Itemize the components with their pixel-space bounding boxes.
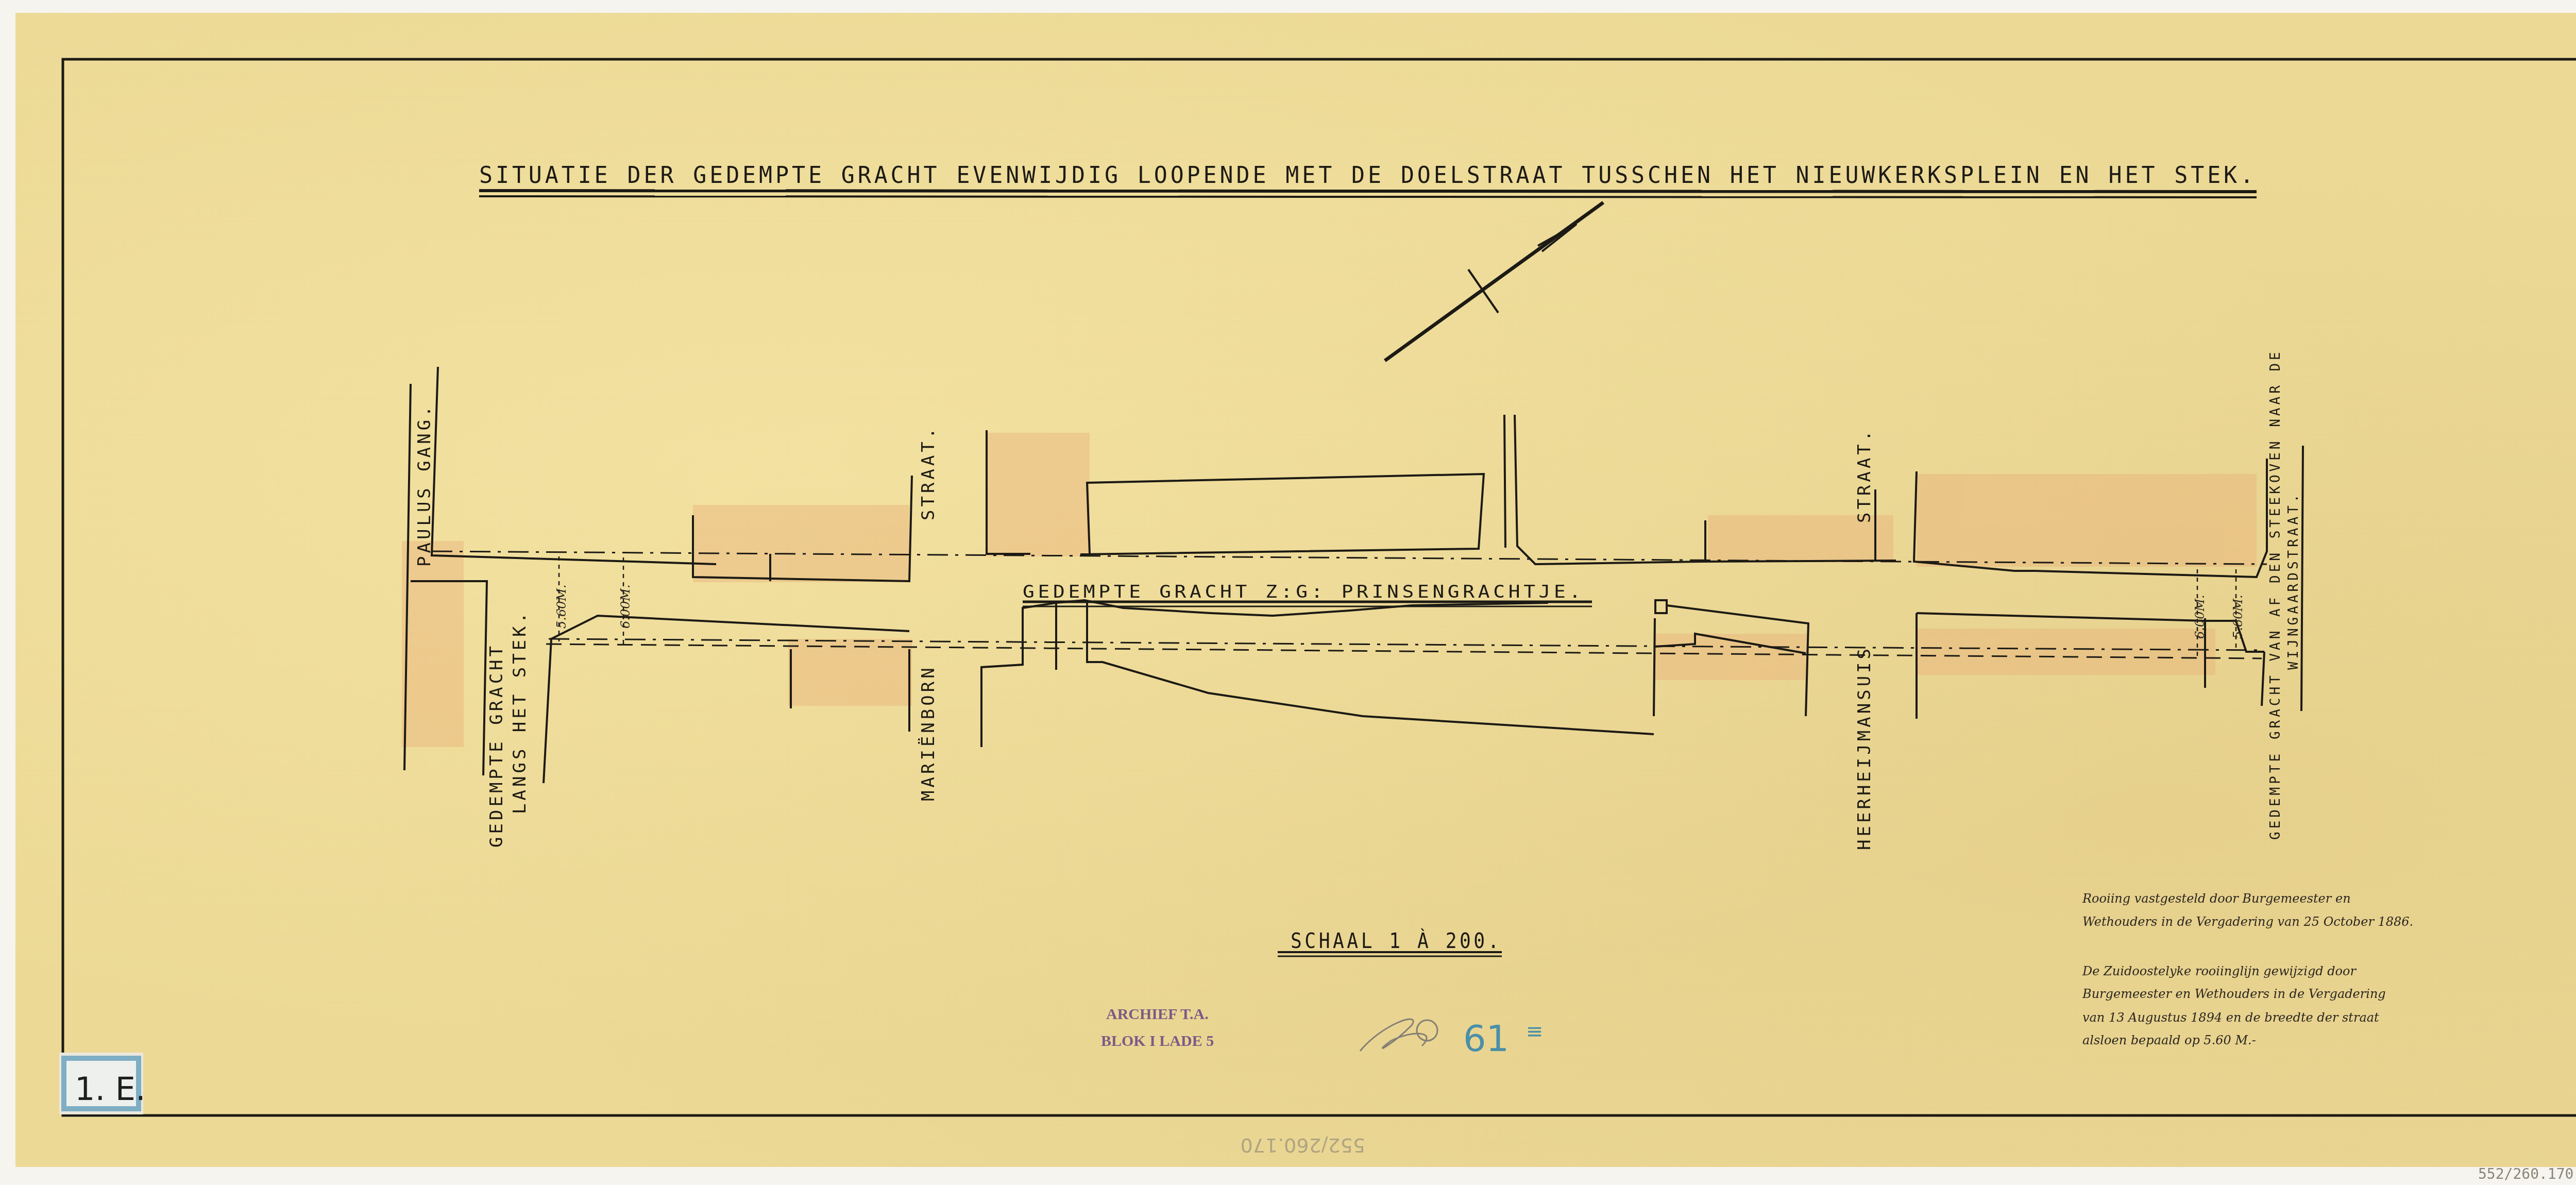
street-paulus-gang: PAULUS GANG. xyxy=(414,403,435,567)
site-plan: SITUATIE DER GEDEMPTE GRACHT EVENWIJDIG … xyxy=(15,13,2576,1167)
title-underline xyxy=(479,191,2257,192)
scribble-mark xyxy=(1360,1019,1437,1051)
dim-right-outer: 5.60M. xyxy=(2231,595,2245,639)
building-lines xyxy=(404,367,2303,783)
catalog-number-sup: ≡ xyxy=(1526,1020,1544,1043)
north-arrow-icon xyxy=(1385,202,1603,361)
note2-line4: alsloen bepaald op 5.60 M.- xyxy=(2082,1033,2256,1047)
canal-label: GEDEMPTE GRACHT Z:G: PRINSENGRACHTJE. xyxy=(1023,582,1584,602)
svg-text:1. E.: 1. E. xyxy=(75,1070,146,1108)
archive-stamp: ARCHIEF T.A. xyxy=(1106,1006,1209,1023)
dim-left-inner: 5.60M. xyxy=(554,584,569,629)
drawing-title: SITUATIE DER GEDEMPTE GRACHT EVENWIJDIG … xyxy=(479,162,2257,189)
note2-line3: van 13 Augustus 1894 en de breedte der s… xyxy=(2082,1010,2379,1025)
pencil-number-bottom: 552/260.170 xyxy=(1241,1134,1365,1157)
dim-left-outer: 6.00M. xyxy=(618,584,633,629)
street-marienborn: MARIËNBORN xyxy=(918,665,939,801)
street-marienborn-straat: STRAAT. xyxy=(918,425,939,520)
street-heerhe-straat: STRAAT. xyxy=(1854,428,1875,523)
index-label-stamp: 1. E. xyxy=(59,1053,146,1114)
street-gracht-stek-1: GEDEMPTE GRACHT xyxy=(486,643,507,848)
note2-line2: Burgemeester en Wethouders in de Vergade… xyxy=(2082,987,2386,1001)
catalog-number: 61 xyxy=(1463,1018,1509,1060)
drawer-stamp: BLOK I LADE 5 xyxy=(1101,1032,1214,1049)
note1-line1: Rooiing vastgesteld door Burgemeester en xyxy=(2082,891,2351,906)
note1-line2: Wethouders in de Vergadering van 25 Octo… xyxy=(2082,915,2413,929)
notes-block: Rooiing vastgesteld door Burgemeester en… xyxy=(2082,891,2413,1047)
street-steekoven-2: WIJNGAARDSTRAAT. xyxy=(2286,492,2301,670)
drawing-sheet: SITUATIE DER GEDEMPTE GRACHT EVENWIJDIG … xyxy=(15,13,2576,1167)
street-steekoven-1: GEDEMPTE GRACHT VAN AF DEN STEEKOVEN NAA… xyxy=(2268,349,2283,840)
note2-line1: De Zuidoostelyke rooiinglijn gewijzigd d… xyxy=(2082,964,2357,978)
dim-right-inner: 6.00M. xyxy=(2193,595,2207,639)
street-gracht-stek-2: LANGS HET STEK. xyxy=(510,610,530,814)
scale-label: SCHAAL 1 À 200. xyxy=(1291,928,1502,953)
street-heerheijmansuis: HEERHEIJMANSUIS xyxy=(1854,646,1875,850)
catalog-reference: 552/260.170 xyxy=(2478,1165,2573,1182)
